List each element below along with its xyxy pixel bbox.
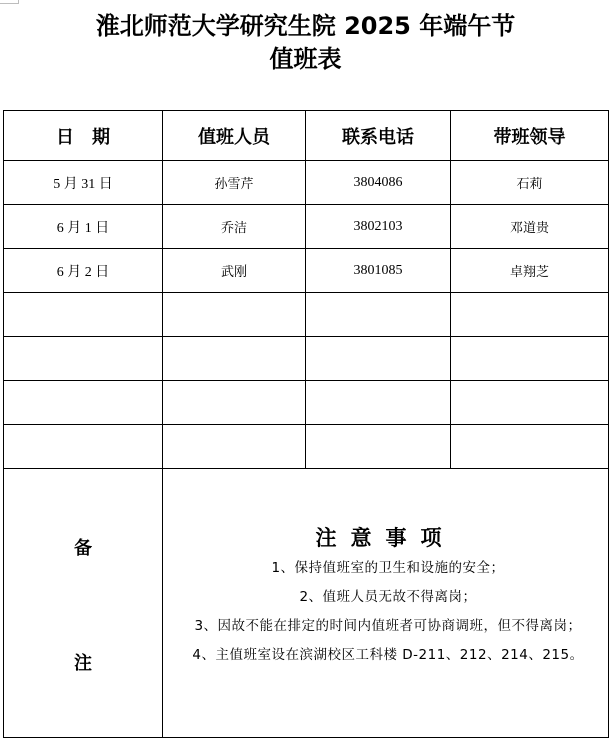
staff-cell: 武刚 [163, 249, 306, 293]
header-leader: 带班领导 [451, 111, 609, 161]
remarks-label-cell: 备 注 [4, 469, 163, 738]
staff-cell [163, 381, 306, 425]
table-row-empty [4, 337, 609, 381]
duty-schedule-table: 日 期 值班人员 联系电话 带班领导 5 月 31 日 孙雪芹 3804086 … [3, 110, 609, 738]
date-cell [4, 381, 163, 425]
notice-list: 1、保持值班室的卫生和设施的安全； 2、值班人员无故不得离岗； 3、因故不能在排… [170, 554, 606, 670]
date-cell: 6 月 1 日 [4, 205, 163, 249]
staff-cell [163, 337, 306, 381]
phone-cell: 3801085 [306, 249, 451, 293]
phone-cell [306, 337, 451, 381]
phone-cell [306, 425, 451, 469]
phone-cell [306, 381, 451, 425]
notice-item: 3、因故不能在排定的时间内值班者可协商调班，但不得离岗； [170, 612, 606, 641]
remarks-label-bottom: 注 [4, 649, 162, 675]
leader-cell: 卓翔芝 [451, 249, 609, 293]
table-header-row: 日 期 值班人员 联系电话 带班领导 [4, 111, 609, 161]
date-cell [4, 293, 163, 337]
document-subtitle: 值班表 [0, 44, 611, 74]
table-row: 6 月 1 日 乔洁 3802103 邓道贵 [4, 205, 609, 249]
staff-cell [163, 293, 306, 337]
remarks-label-top: 备 [4, 534, 162, 560]
date-cell: 6 月 2 日 [4, 249, 163, 293]
table-row: 5 月 31 日 孙雪芹 3804086 石莉 [4, 161, 609, 205]
phone-cell: 3804086 [306, 161, 451, 205]
leader-cell: 邓道贵 [451, 205, 609, 249]
staff-cell: 孙雪芹 [163, 161, 306, 205]
notice-item: 2、值班人员无故不得离岗； [170, 583, 606, 612]
table-row-empty [4, 381, 609, 425]
staff-cell [163, 425, 306, 469]
leader-cell [451, 381, 609, 425]
notice-item: 1、保持值班室的卫生和设施的安全； [170, 554, 606, 583]
date-cell: 5 月 31 日 [4, 161, 163, 205]
document-title: 淮北师范大学研究生院 2025 年端午节 [0, 11, 611, 41]
phone-cell: 3802103 [306, 205, 451, 249]
date-cell [4, 425, 163, 469]
date-cell [4, 337, 163, 381]
leader-cell [451, 425, 609, 469]
remarks-row: 备 注 注意事项 1、保持值班室的卫生和设施的安全； 2、值班人员无故不得离岗；… [4, 469, 609, 738]
page-corner-mark [0, 0, 19, 4]
leader-cell [451, 293, 609, 337]
notice-title: 注意事项 [163, 522, 608, 552]
header-staff: 值班人员 [163, 111, 306, 161]
notice-item: 4、主值班室设在滨湖校区工科楼 D-211、212、214、215。 [170, 641, 606, 670]
table-row-empty [4, 293, 609, 337]
table-row-empty [4, 425, 609, 469]
header-phone: 联系电话 [306, 111, 451, 161]
leader-cell [451, 337, 609, 381]
staff-cell: 乔洁 [163, 205, 306, 249]
table-row: 6 月 2 日 武刚 3801085 卓翔芝 [4, 249, 609, 293]
phone-cell [306, 293, 451, 337]
header-date: 日 期 [4, 111, 163, 161]
remarks-body-cell: 注意事项 1、保持值班室的卫生和设施的安全； 2、值班人员无故不得离岗； 3、因… [163, 469, 609, 738]
leader-cell: 石莉 [451, 161, 609, 205]
